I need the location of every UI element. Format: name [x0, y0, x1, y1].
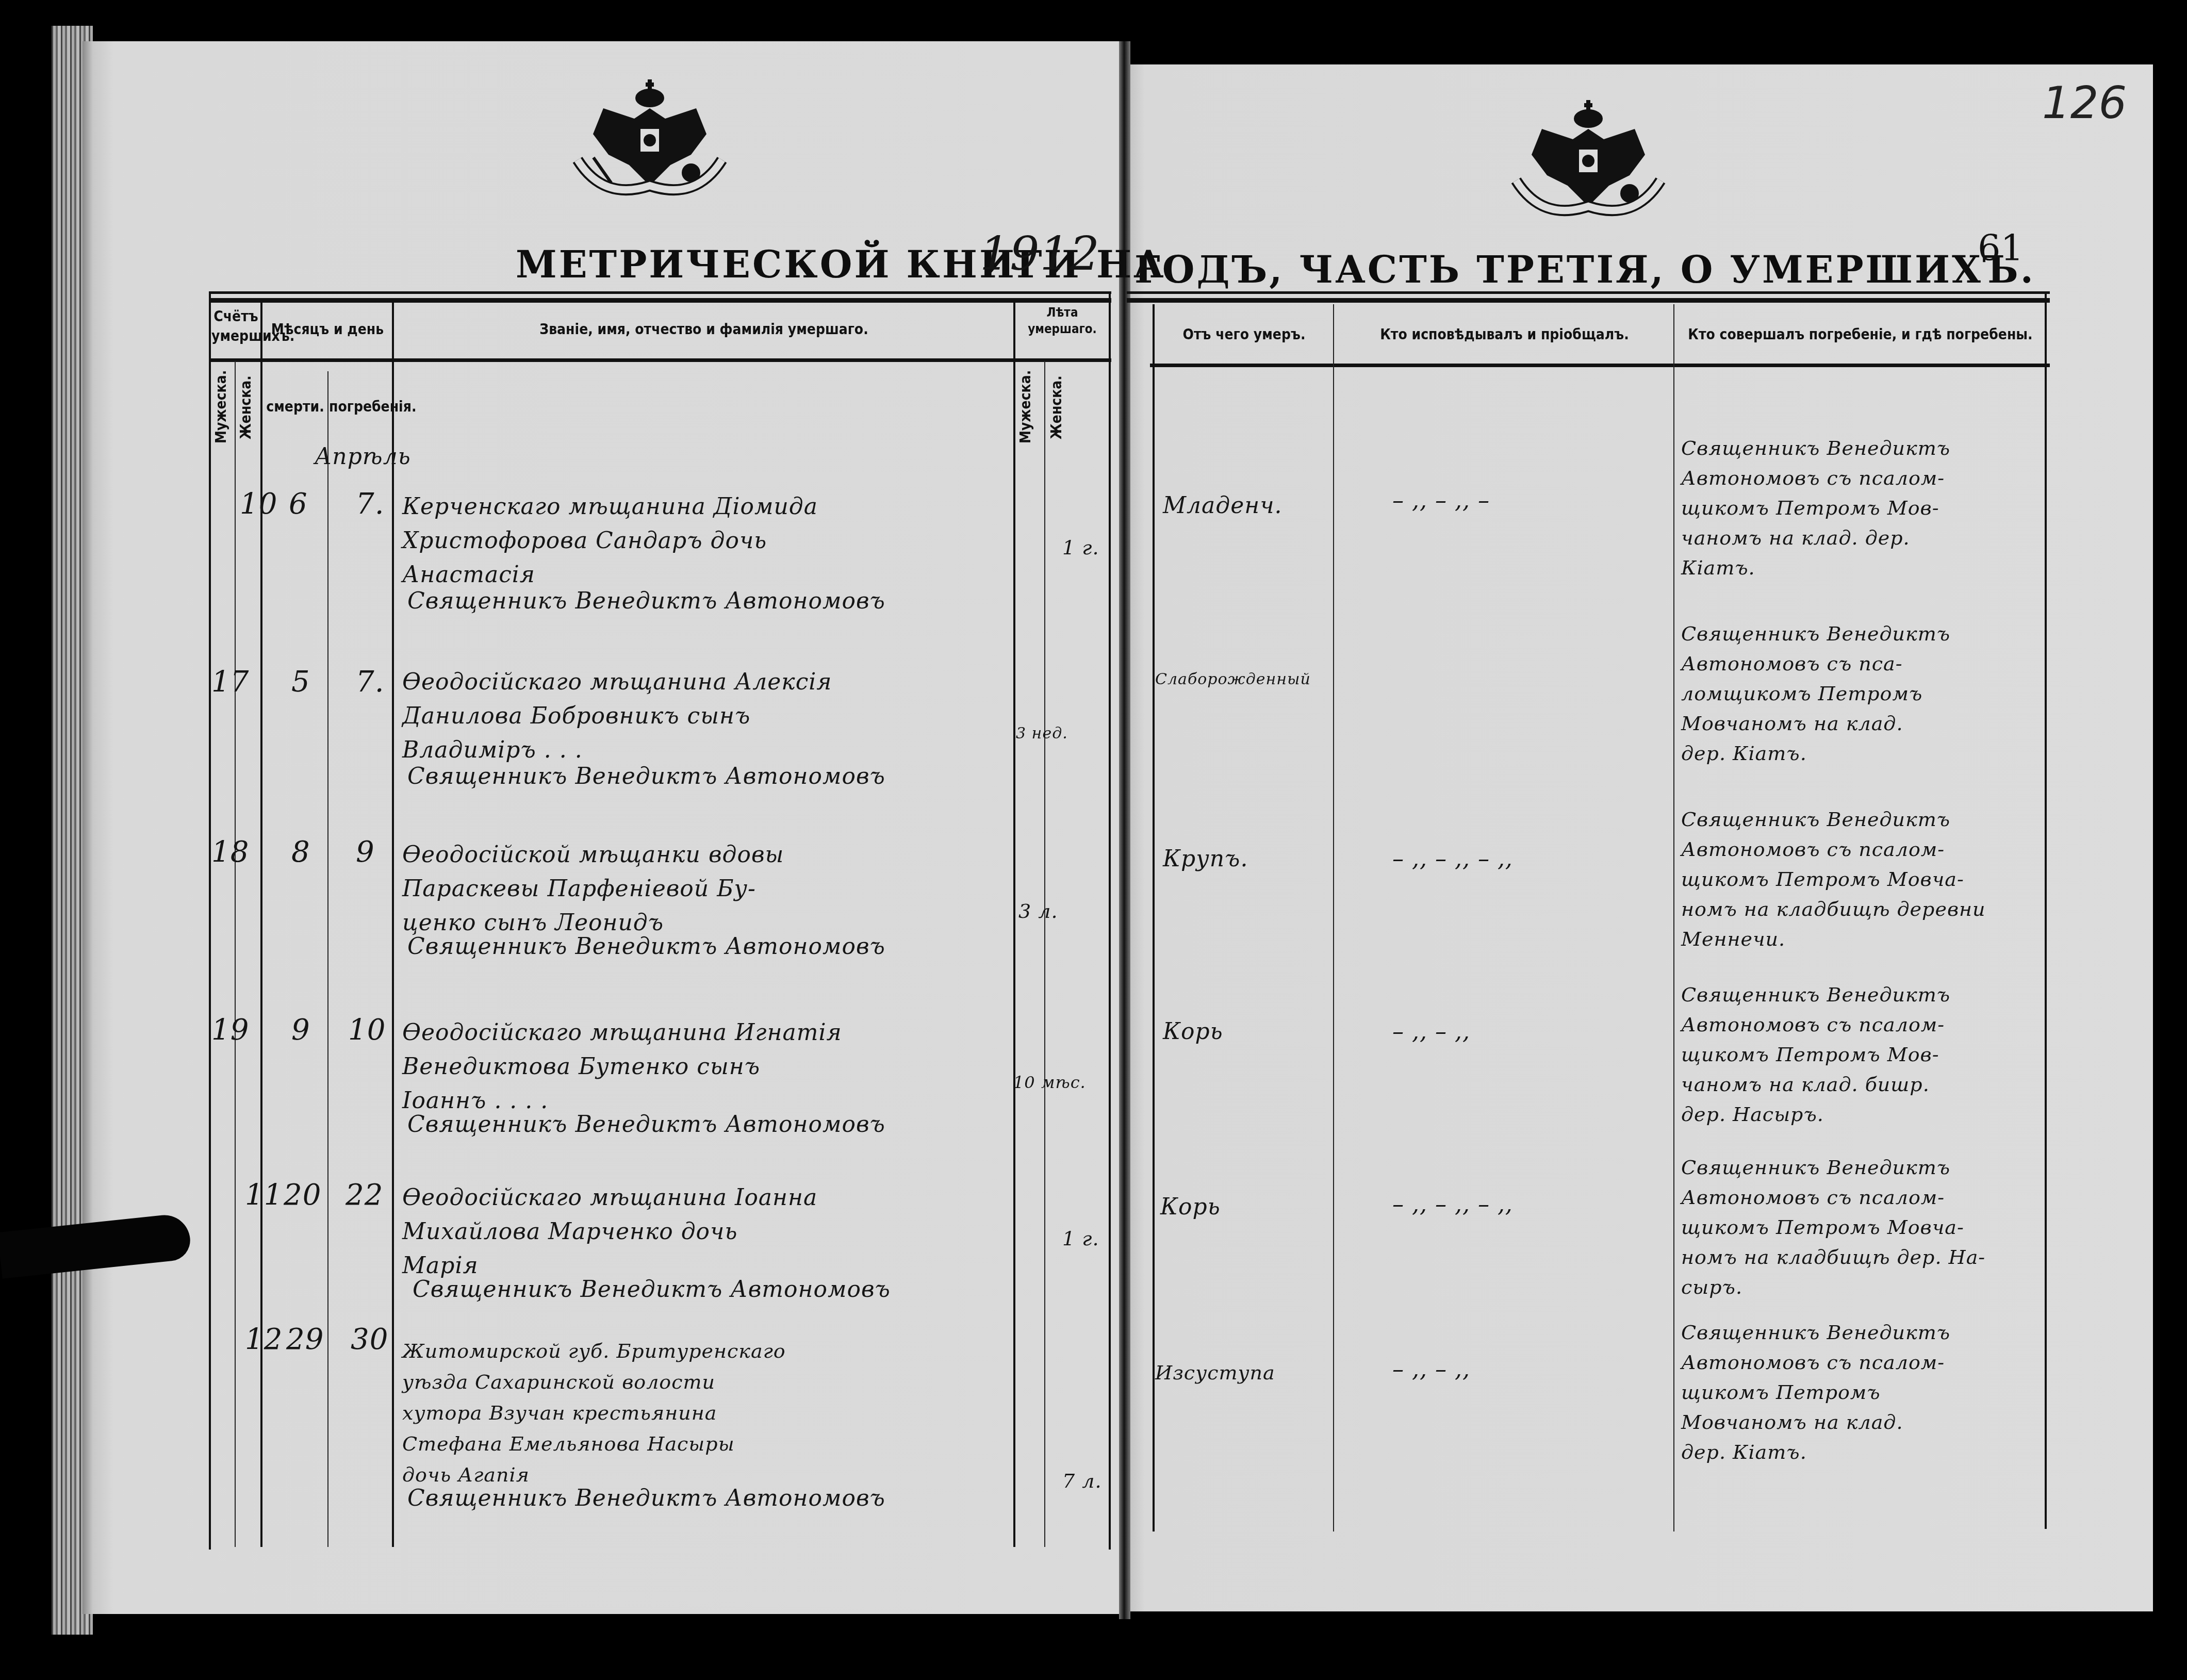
year-handwritten: 1912: [980, 227, 1100, 281]
burial-performed-by: Священникъ Венедиктъ Автономовъ съ псало…: [1681, 804, 1986, 954]
cause-of-death: Слаборожденный: [1155, 670, 1311, 688]
header-month-day: Мѣсяцъ и день: [263, 320, 392, 339]
page-number: 61: [1978, 227, 2024, 269]
priest-signature: Священникъ Венедиктъ Автономовъ: [413, 1276, 891, 1303]
deceased-name: Керченскаго мѣщанина Діомида Христофоров…: [402, 490, 818, 592]
male-number: 18: [211, 835, 249, 869]
burial-day: 30: [351, 1323, 388, 1356]
age-male: 10 мѣс.: [1013, 1073, 1086, 1092]
cause-of-death: Крупъ.: [1163, 846, 1248, 872]
age-female: 1 г.: [1062, 1227, 1099, 1250]
header-confessor: Кто исповѣдывалъ и пріобщалъ.: [1336, 325, 1673, 344]
deceased-name: Өеодосійскаго мѣщанина Игнатія Венедикто…: [402, 1016, 842, 1118]
confessor: – ,, – ,,: [1392, 1018, 1470, 1045]
death-day: 9: [291, 1013, 310, 1047]
confessor: – ,, – ,, – ,,: [1392, 846, 1513, 872]
burial-day: 22: [346, 1178, 383, 1212]
burial-day: 10: [348, 1013, 386, 1047]
header-death: смерти.: [263, 397, 327, 417]
burial-performed-by: Священникъ Венедиктъ Автономовъ съ пса- …: [1681, 619, 1950, 768]
deceased-name: Өеодосійскаго мѣщанина Іоанна Михайлова …: [402, 1181, 817, 1283]
burial-day: 7.: [356, 487, 384, 521]
death-day: 6: [289, 487, 308, 521]
header-count-male: Мужеска.: [211, 371, 235, 443]
female-number: 12: [245, 1323, 283, 1356]
cause-of-death: Корь: [1160, 1194, 1221, 1220]
header-count-deceased: Счётъ умершихъ.: [211, 307, 260, 346]
burial-performed-by: Священникъ Венедиктъ Автономовъ съ псало…: [1681, 433, 1950, 583]
header-burial-by: Кто совершалъ погребеніе, и гдѣ погребен…: [1676, 325, 2045, 344]
age-female: 7 л.: [1062, 1470, 1102, 1492]
cause-of-death: Корь: [1163, 1018, 1223, 1045]
header-age: Лѣта умершаго.: [1016, 304, 1109, 338]
imperial-eagle-icon: [572, 77, 727, 206]
folio-number: 126: [2042, 77, 2127, 129]
male-number: 19: [211, 1013, 249, 1047]
deceased-name: Өеодосійскаго мѣщанина Алексія Данилова …: [402, 665, 832, 767]
confessor: – ,, – ,,: [1392, 1356, 1470, 1382]
burial-performed-by: Священникъ Венедиктъ Автономовъ съ псало…: [1681, 1317, 1950, 1467]
burial-performed-by: Священникъ Венедиктъ Автономовъ съ псало…: [1681, 980, 1950, 1129]
female-number: 10: [240, 487, 277, 521]
header-age-male: Мужеска.: [1016, 371, 1042, 443]
header-age-female: Женска.: [1047, 371, 1073, 443]
header-count-female: Женска.: [236, 371, 259, 443]
burial-performed-by: Священникъ Венедиктъ Автономовъ съ псало…: [1681, 1152, 1985, 1302]
age-female: 1 г.: [1062, 536, 1099, 559]
right-title: ГОДЪ, ЧАСТЬ ТРЕТІЯ, О УМЕРШИХЪ.: [1134, 248, 2035, 291]
right-page: [1124, 64, 2153, 1611]
header-name: Званіе, имя, отчество и фамилія умершаго…: [397, 320, 1011, 339]
imperial-eagle-icon: [1511, 98, 1666, 227]
priest-signature: Священникъ Венедиктъ Автономовъ: [407, 1485, 885, 1511]
deceased-name: Житомирской губ. Бритуренскаго уѣзда Сах…: [402, 1336, 786, 1490]
confessor: – ,, – ,, – ,,: [1392, 1191, 1513, 1217]
burial-day: 7.: [356, 665, 384, 699]
deceased-name: Өеодосійской мѣщанки вдовы Параскевы Пар…: [402, 838, 784, 940]
header-burial: погребенія.: [329, 397, 392, 417]
header-cause: Отъ чего умеръ.: [1155, 325, 1333, 344]
age-male: 3 л.: [1018, 900, 1058, 923]
priest-signature: Священникъ Венедиктъ Автономовъ: [407, 588, 885, 614]
death-day: 20: [284, 1178, 321, 1212]
male-number: 17: [211, 665, 249, 699]
confessor: – ,, – ,, –: [1392, 487, 1490, 514]
death-day: 29: [286, 1323, 324, 1356]
burial-day: 9: [356, 835, 375, 869]
death-day: 8: [291, 835, 310, 869]
month-label: Апрѣль: [315, 443, 411, 470]
death-day: 5: [291, 665, 310, 699]
priest-signature: Священникъ Венедиктъ Автономовъ: [407, 763, 885, 789]
priest-signature: Священникъ Венедиктъ Автономовъ: [407, 933, 885, 960]
cause-of-death: Изсуступа: [1155, 1361, 1275, 1384]
female-number: 11: [245, 1178, 283, 1212]
priest-signature: Священникъ Венедиктъ Автономовъ: [407, 1111, 885, 1138]
cause-of-death: Младенч.: [1163, 492, 1282, 519]
age-male: 3 нед.: [1016, 724, 1068, 743]
